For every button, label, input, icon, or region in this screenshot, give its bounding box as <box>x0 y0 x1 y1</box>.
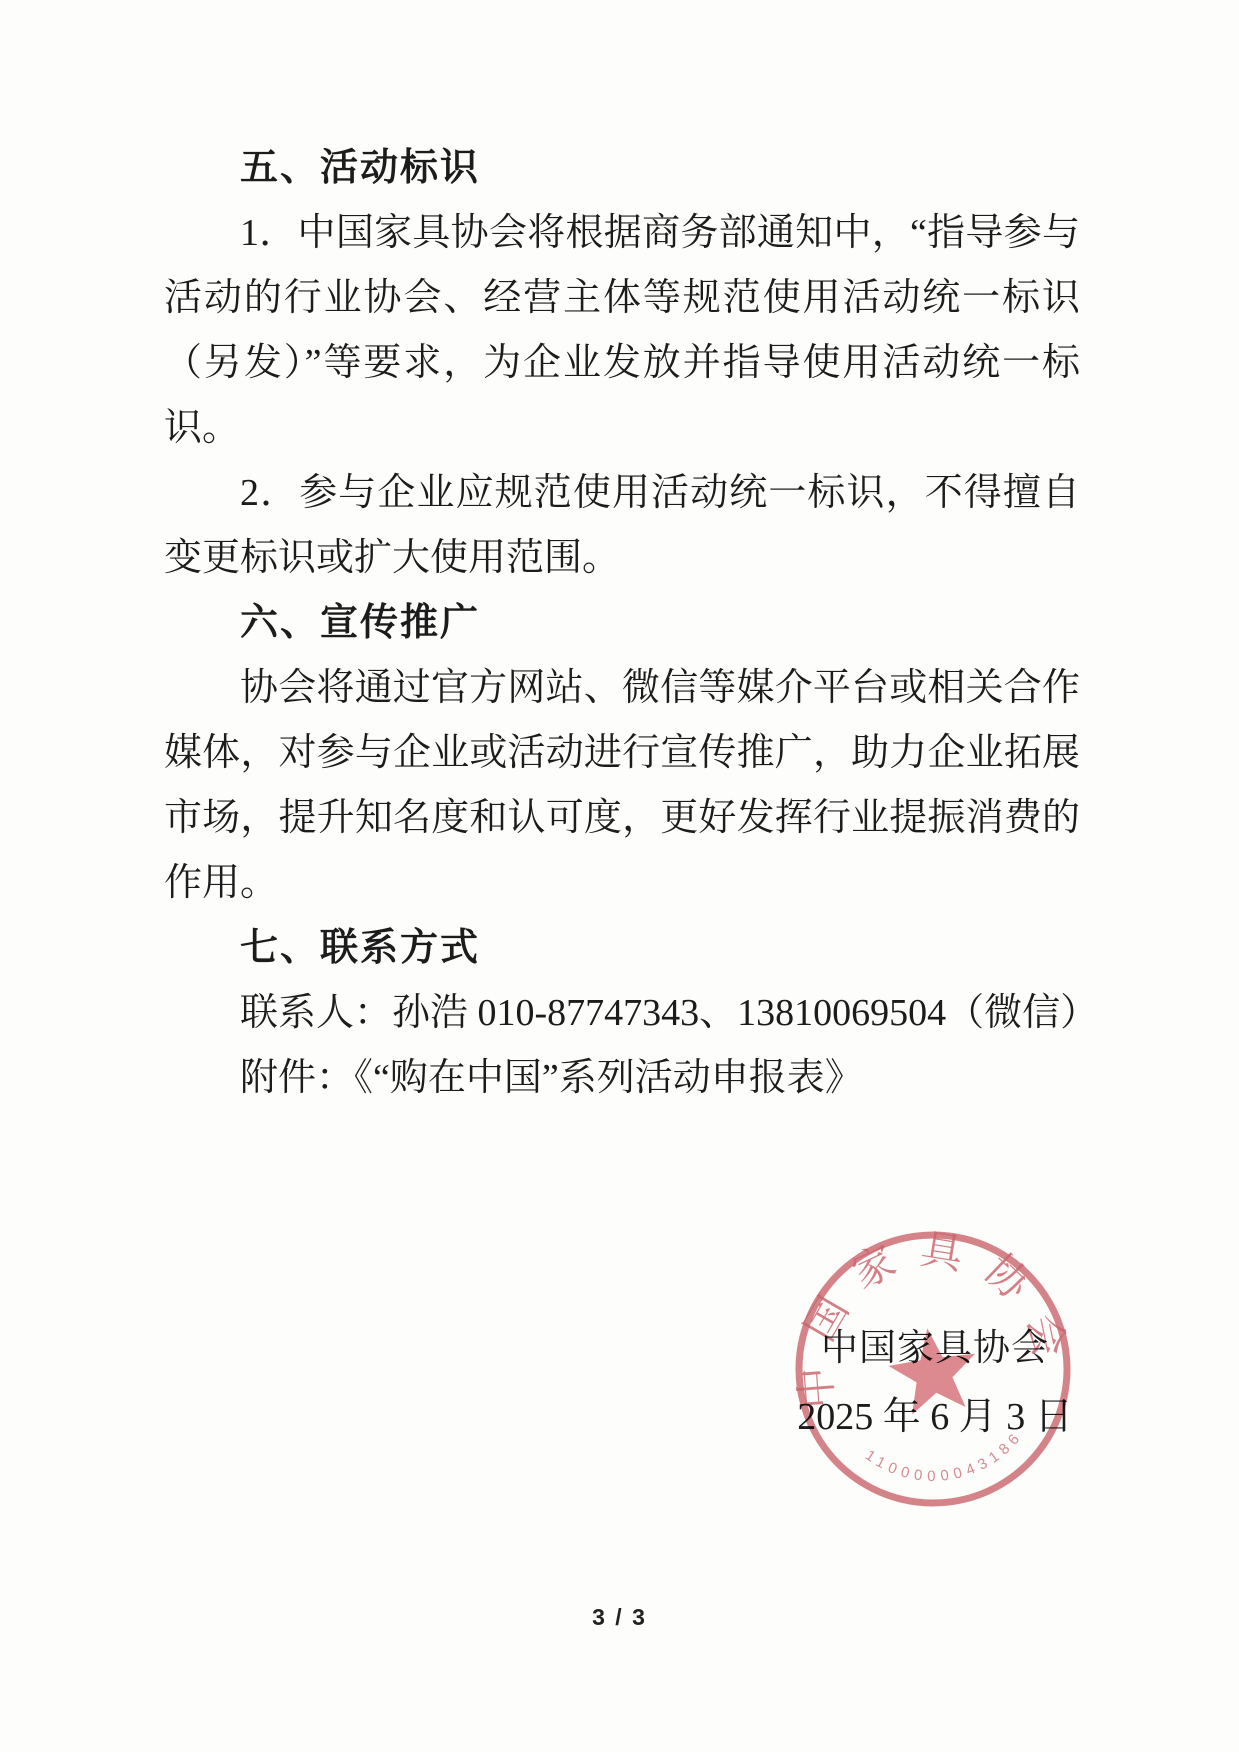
section-heading-6: 六、宣传推广 <box>164 591 1080 656</box>
paragraph: 协会将通过官方网站、微信等媒介平台或相关合作媒体，对参与企业或活动进行宣传推广，… <box>164 656 1080 916</box>
page-number: 3 / 3 <box>0 1604 1239 1631</box>
section-heading-7: 七、联系方式 <box>164 916 1080 981</box>
document-body: 五、活动标识 1．中国家具协会将根据商务部通知中，“指导参与活动的行业协会、经营… <box>164 136 1080 1111</box>
star-icon <box>884 1322 982 1417</box>
contact-line: 联系人：孙浩 010-87747343、13810069504（微信） <box>164 981 1080 1046</box>
paragraph: 2．参与企业应规范使用活动统一标识，不得擅自变更标识或扩大使用范围。 <box>164 461 1080 591</box>
official-seal-stamp: 中国家具协会 1100000043186 <box>769 1205 1097 1533</box>
attachment-line: 附件：《“购在中国”系列活动申报表》 <box>164 1046 1080 1111</box>
document-page: 五、活动标识 1．中国家具协会将根据商务部通知中，“指导参与活动的行业协会、经营… <box>0 0 1239 1752</box>
paragraph: 1．中国家具协会将根据商务部通知中，“指导参与活动的行业协会、经营主体等规范使用… <box>164 201 1080 461</box>
section-heading-5: 五、活动标识 <box>164 136 1080 201</box>
